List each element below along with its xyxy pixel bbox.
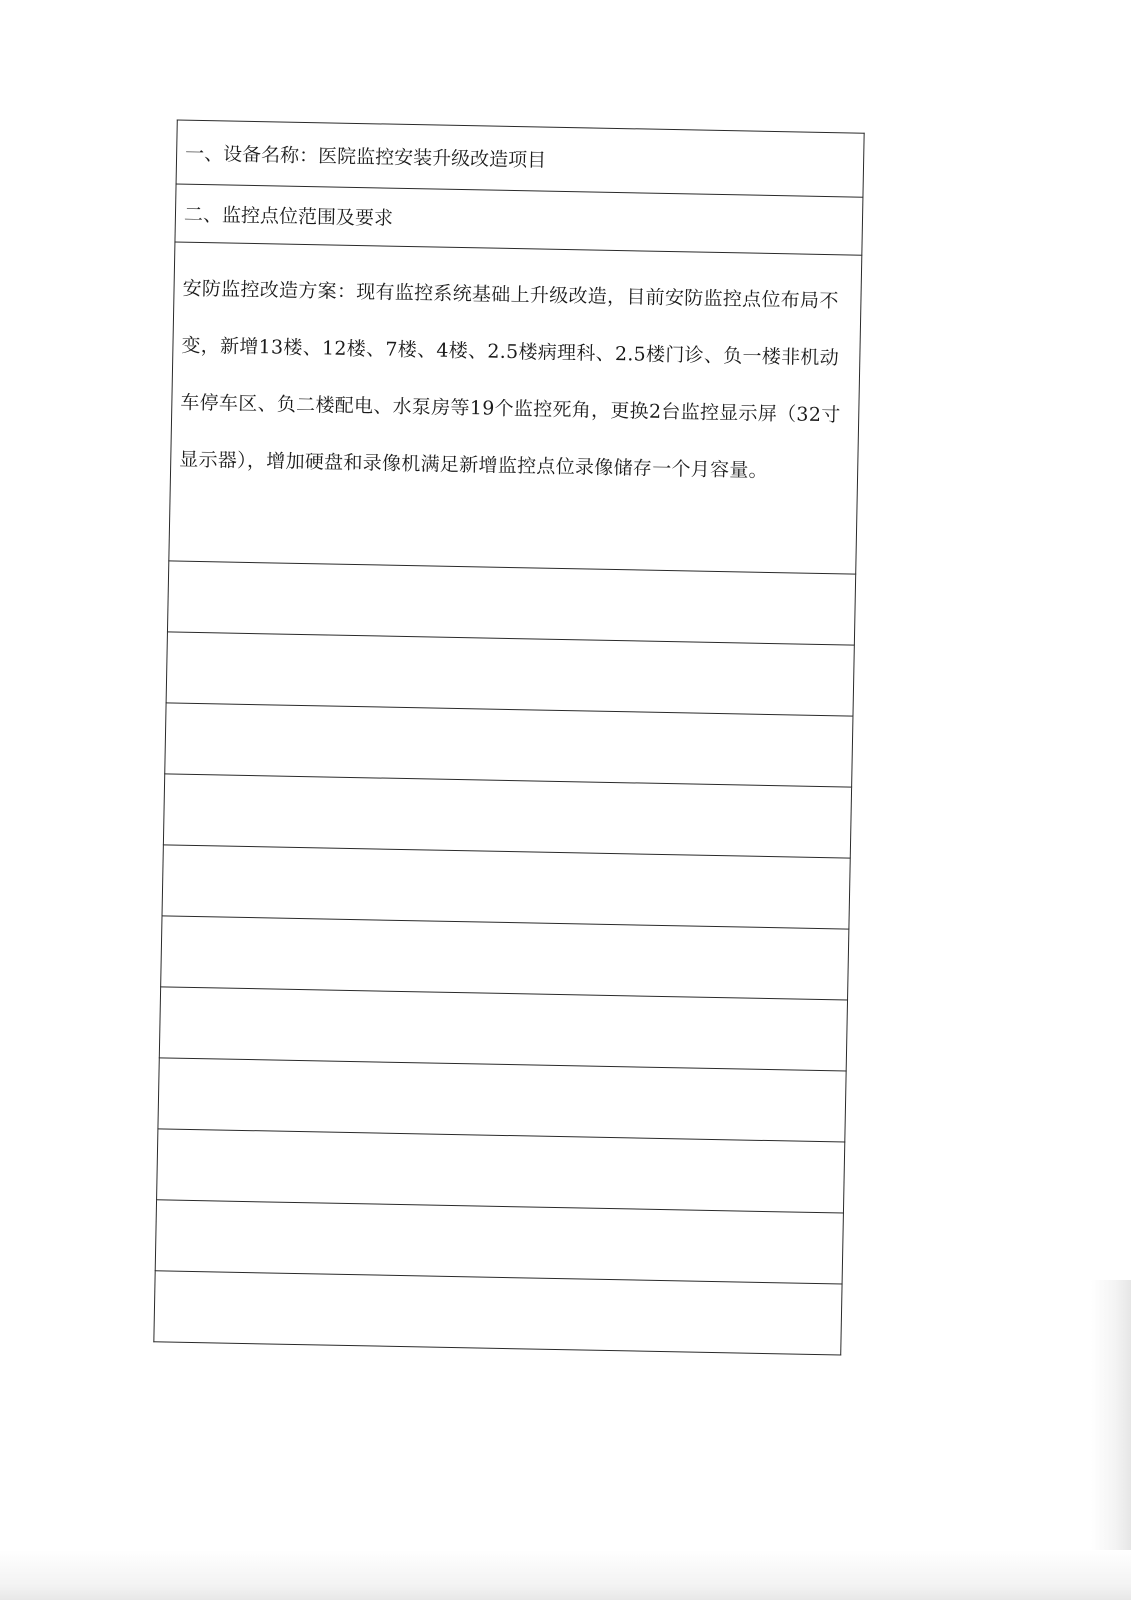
blank-cell (158, 1058, 846, 1142)
table-row-blank (165, 703, 853, 787)
requirements-table: 一、设备名称：医院监控安装升级改造项目 二、监控点位范围及要求 安防监控改造方案… (153, 120, 864, 1356)
table-row-blank (154, 1271, 842, 1355)
table-row-blank (162, 845, 850, 929)
blank-cell (163, 774, 851, 858)
table-row-blank (157, 1129, 845, 1213)
blank-cell (154, 1271, 842, 1355)
requirements-form: 一、设备名称：医院监控安装升级改造项目 二、监控点位范围及要求 安防监控改造方案… (153, 120, 864, 1356)
table-row-blank (167, 561, 855, 645)
table-row-blank (155, 1200, 843, 1284)
blank-cell (162, 845, 850, 929)
blank-cell (167, 561, 855, 645)
scope-content-cell: 安防监控改造方案：现有监控系统基础上升级改造，目前安防监控点位布局不变，新增13… (169, 242, 862, 574)
blank-cell (161, 916, 849, 1000)
blank-cell (159, 987, 847, 1071)
table-row-scope-content: 安防监控改造方案：现有监控系统基础上升级改造，目前安防监控点位布局不变，新增13… (169, 242, 862, 574)
blank-cell (157, 1129, 845, 1213)
scan-page-bottom-edge (0, 1550, 1131, 1600)
table-row-blank (159, 987, 847, 1071)
blank-cell (165, 703, 853, 787)
blank-cell (155, 1200, 843, 1284)
table-row-blank (166, 632, 854, 716)
table-row-blank (163, 774, 851, 858)
table-row-blank (158, 1058, 846, 1142)
table-row-blank (161, 916, 849, 1000)
blank-cell (166, 632, 854, 716)
